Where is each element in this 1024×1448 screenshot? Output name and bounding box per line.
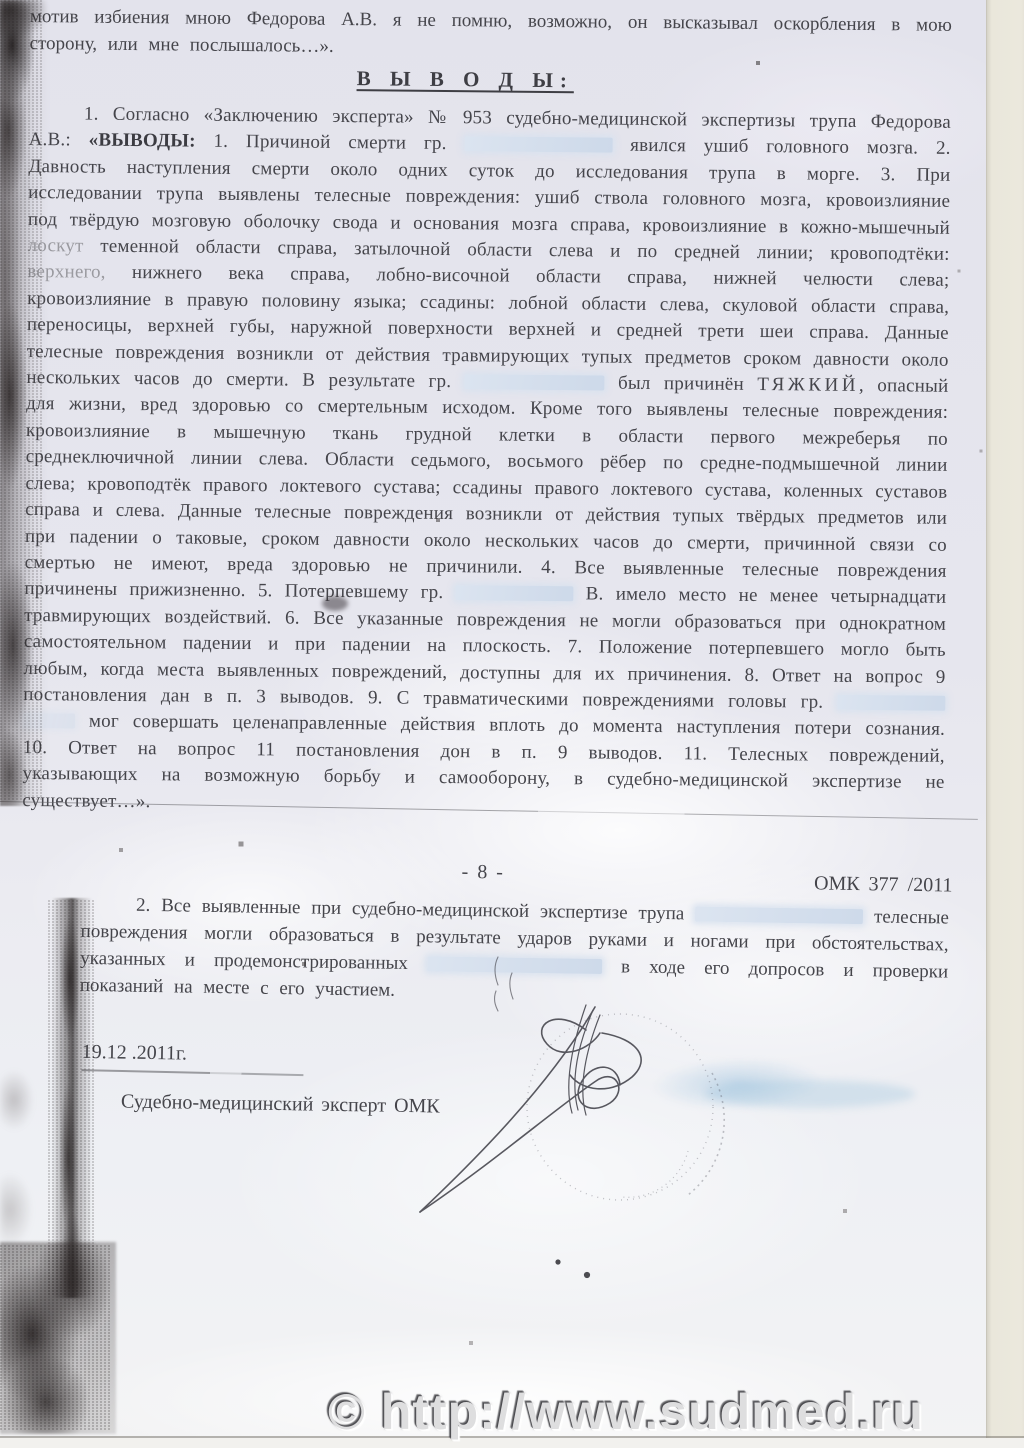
expert-conclusions-paragraph: 1. Согласно «Заключению эксперта» № 953 … [22,101,951,823]
conclusions-heading: В Ы В О Д Ы: [29,63,901,96]
date-underline [81,1069,303,1076]
redacted-name [23,713,75,728]
prior-testimony-fragment: мотив избиения мною Федорова А.В. я не п… [29,3,951,66]
faded-text: верхнего, [27,261,105,283]
scanner-edge-strip [986,0,1024,1448]
emphasized-text: ТЯЖКИЙ [757,374,859,396]
case-number: ОМК 377 /2011 [814,872,953,897]
redacted-name [465,374,605,390]
redacted-name [455,585,573,601]
redacted-name [695,907,863,925]
redacted-name [837,695,945,711]
page-number: - 8 - [461,861,505,885]
redacted-name [464,137,612,153]
page1-text-block: мотив избиения мною Федорова А.В. я не п… [22,3,952,823]
bold-text: «ВЫВОДЫ: [89,130,214,152]
signature-scribble [390,945,750,1305]
scanned-document: мотив избиения мною Федорова А.В. я не п… [0,0,1024,1448]
faded-text: лоскут [28,235,84,257]
watermark-url: © http://www.sudmed.ru [328,1383,1024,1441]
